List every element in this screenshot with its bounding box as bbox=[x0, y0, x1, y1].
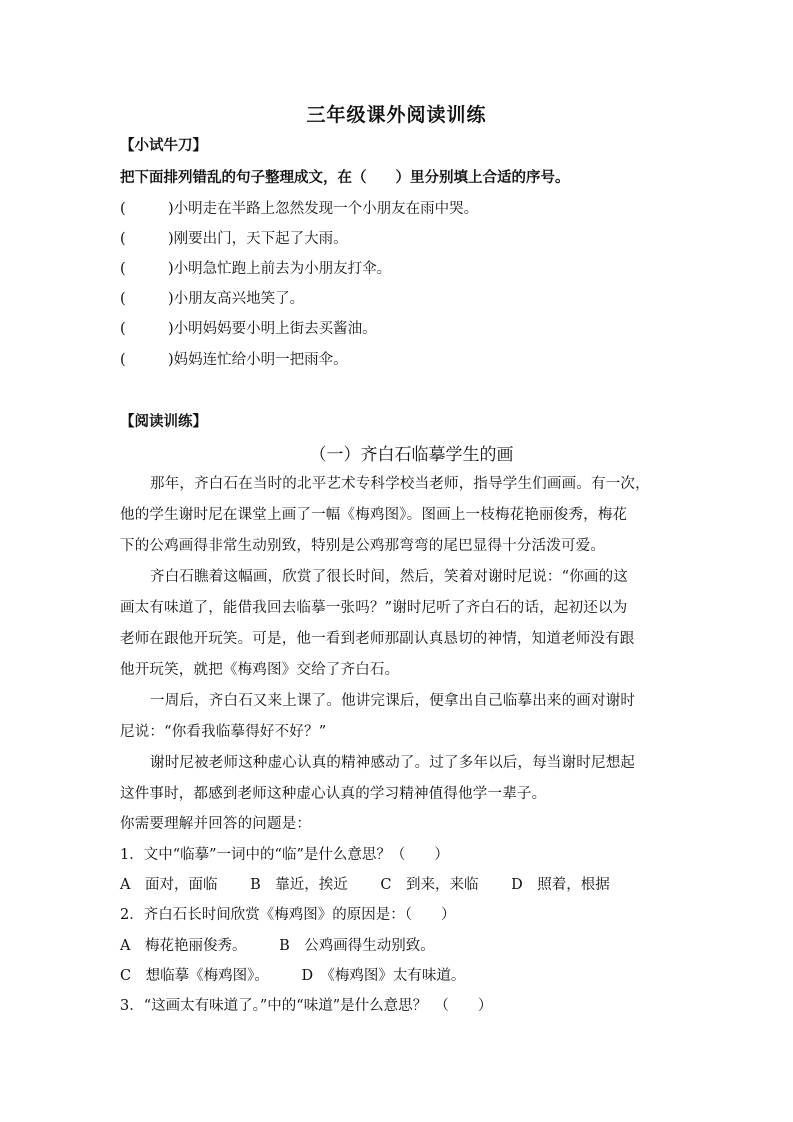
answer-blank[interactable]: ( bbox=[120, 259, 168, 279]
answer-blank[interactable]: ( bbox=[120, 289, 168, 309]
paragraph-line: 他开玩笑，就把《梅鸡图》交给了齐白石。 bbox=[120, 660, 399, 680]
list-item: ()小明急忙跑上前去为小朋友打伞。 bbox=[120, 259, 391, 279]
question-2: 2．齐白石长时间欣赏《梅鸡图》的原因是：（ ） bbox=[120, 905, 455, 925]
question-1-options: A 面对，面临 B 靠近，挨近 C 到来，来临 D 照着，根据 bbox=[120, 875, 610, 895]
paragraph-line: 尼说：“你看我临摹得好不好？” bbox=[120, 722, 326, 742]
paragraph-line: 老师在跟他开玩笑。可是，他一看到老师那副认真恳切的神情，知道老师没有跟 bbox=[120, 629, 635, 649]
paragraph-line: 他的学生谢时尼在课堂上画了一幅《梅鸡图》。图画上一枝梅花艳丽俊秀，梅花 bbox=[120, 505, 627, 525]
option-c[interactable]: C 想临摹《梅鸡图》。 bbox=[120, 968, 269, 984]
list-item: ()小明妈妈要小明上街去买酱油。 bbox=[120, 319, 377, 339]
option-a[interactable]: A 梅花艳丽俊秀。 bbox=[120, 938, 246, 954]
section-heading-warmup: 【小试牛刀】 bbox=[120, 136, 207, 156]
section-heading-reading: 【阅读训练】 bbox=[120, 412, 207, 432]
option-a[interactable]: A 面对，面临 bbox=[120, 877, 217, 893]
sentence-text: )小明走在半路上忽然发现一个小朋友在雨中哭。 bbox=[168, 201, 478, 217]
paragraph-line: 齐白石瞧着这幅画，欣赏了很长时间，然后，笑着对谢时尼说：“你画的这 bbox=[150, 567, 628, 587]
story-title: （一）齐白石临摹学生的画 bbox=[0, 440, 793, 465]
question-2-options-row-1: A 梅花艳丽俊秀。 B 公鸡画得生动别致。 bbox=[120, 936, 435, 956]
paragraph-line: 那年，齐白石在当时的北平艺术专科学校当老师，指导学生们画画。有一次， bbox=[150, 474, 650, 494]
sentence-text: )小朋友高兴地笑了。 bbox=[168, 291, 304, 307]
page-title: 三年级课外阅读训练 bbox=[0, 100, 793, 127]
option-c[interactable]: C 到来，来临 bbox=[380, 877, 478, 893]
list-item: ()妈妈连忙给小明一把雨伞。 bbox=[120, 350, 348, 370]
paragraph-line: 谢时尼被老师这种虚心认真的精神感动了。过了多年以后，每当谢时尼想起 bbox=[150, 753, 635, 773]
paragraph-line: 一周后，齐白石又来上课了。他讲完课后，便拿出自己临摹出来的画对谢时 bbox=[150, 691, 635, 711]
question-1: 1．文中“临摹”一词中的“临”是什么意思？（ ） bbox=[120, 845, 449, 865]
paragraph-line: 下的公鸡画得非常生动别致，特别是公鸡那弯弯的尾巴显得十分活泼可爱。 bbox=[120, 536, 605, 556]
option-b[interactable]: B 靠近，挨近 bbox=[250, 877, 348, 893]
sentence-text: )小明急忙跑上前去为小朋友打伞。 bbox=[168, 261, 391, 277]
paragraph-line: 这件事时，都感到老师这种虚心认真的学习精神值得他学一辈子。 bbox=[120, 784, 546, 804]
instruction-text: 把下面排列错乱的句子整理成文，在（ ）里分别填上合适的序号。 bbox=[120, 168, 570, 188]
question-2-options-row-2: C 想临摹《梅鸡图》。 D 《梅鸡图》太有味道。 bbox=[120, 966, 465, 986]
sentence-text: )妈妈连忙给小明一把雨伞。 bbox=[168, 352, 348, 368]
paragraph-line: 画太有味道了，能借我回去临摹一张吗？”谢时尼听了齐白石的话，起初还以为 bbox=[120, 598, 627, 618]
option-d[interactable]: D 《梅鸡图》太有味道。 bbox=[301, 968, 465, 984]
answer-blank[interactable]: ( bbox=[120, 319, 168, 339]
answer-blank[interactable]: ( bbox=[120, 229, 168, 249]
sentence-text: )刚要出门，天下起了大雨。 bbox=[168, 231, 348, 247]
question-3: 3．“这画太有味道了。”中的“味道”是什么意思？ （ ） bbox=[120, 996, 492, 1016]
answer-blank[interactable]: ( bbox=[120, 350, 168, 370]
answer-blank[interactable]: ( bbox=[120, 199, 168, 219]
option-b[interactable]: B 公鸡画得生动别致。 bbox=[279, 938, 435, 954]
questions-intro: 你需要理解并回答的问题是： bbox=[120, 814, 311, 834]
option-d[interactable]: D 照着，根据 bbox=[511, 877, 610, 893]
list-item: ()小明走在半路上忽然发现一个小朋友在雨中哭。 bbox=[120, 199, 478, 219]
list-item: ()刚要出门，天下起了大雨。 bbox=[120, 229, 348, 249]
list-item: ()小朋友高兴地笑了。 bbox=[120, 289, 304, 309]
sentence-text: )小明妈妈要小明上街去买酱油。 bbox=[168, 321, 377, 337]
